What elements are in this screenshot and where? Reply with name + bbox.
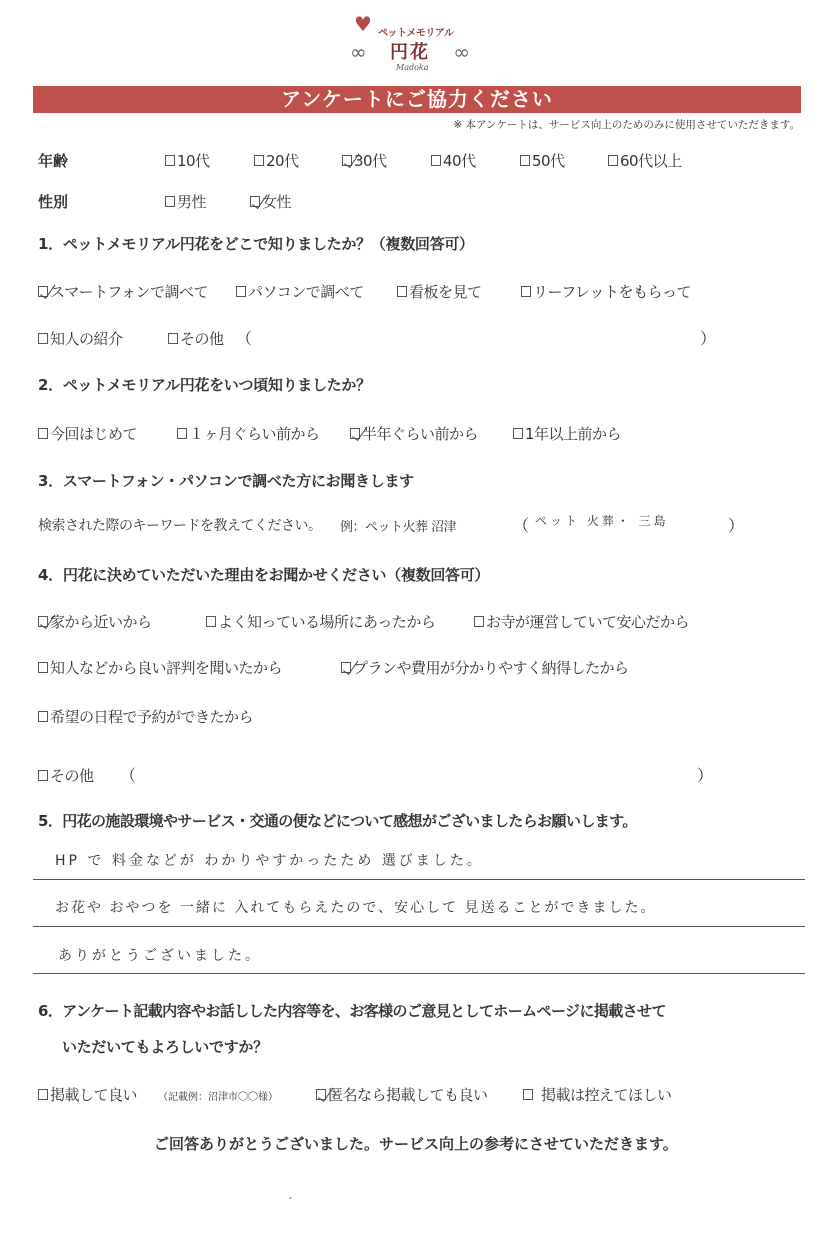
answer-rule-2 [33, 926, 805, 927]
age-option-60s-plus[interactable]: 60代以上 [608, 150, 682, 171]
checkbox[interactable] [397, 286, 407, 297]
q5-title: 5．円花の施設環境やサービス・交通の便などについて感想がございましたらお願いしま… [38, 810, 637, 831]
page-title-banner: アンケートにご協力ください [33, 86, 801, 113]
checkbox-checked[interactable] [38, 616, 48, 627]
q4-option-clear-pricing[interactable]: プランや費用が分かりやすく納得したから [341, 657, 629, 678]
answer-rule-3 [33, 973, 805, 974]
checkbox[interactable] [254, 155, 264, 166]
checkbox[interactable] [38, 662, 48, 673]
swirl-left-icon: ∞ [350, 42, 367, 62]
checkbox[interactable] [431, 155, 441, 166]
logo-roman: Madoka [396, 63, 429, 72]
usage-note: ※ 本アンケートは、サービス向上のためのみに使用させていただきます。 [453, 117, 800, 132]
q2-option-half-year[interactable]: 半年ぐらい前から [350, 423, 478, 444]
gender-option-male[interactable]: 男性 [165, 191, 206, 212]
q4-option-schedule[interactable]: 希望の日程で予約ができたから [38, 706, 253, 727]
q4-option-near-home[interactable]: 家から近いから [38, 611, 152, 632]
q2-option-1-year-plus[interactable]: 1年以上前から [513, 423, 621, 444]
gender-option-female[interactable]: 女性 [250, 191, 291, 212]
q5-answer-line-1[interactable]: HP で 料金などが わかりやすかったため 選びました。 [55, 850, 484, 870]
q1-option-leaflet[interactable]: リーフレットをもらって [521, 281, 691, 302]
q3-open-paren: （ [513, 513, 529, 536]
checkbox[interactable] [523, 1089, 533, 1100]
age-option-50s[interactable]: 50代 [520, 150, 565, 171]
checkbox[interactable] [236, 286, 246, 297]
q4-other-input[interactable] [140, 763, 695, 783]
q4-option-known-place[interactable]: よく知っている場所にあったから [206, 611, 435, 632]
logo-brand: ペットメモリアル [378, 24, 454, 39]
checkbox[interactable] [165, 196, 175, 207]
scan-speck [289, 1197, 292, 1199]
q1-other-close-paren: ） [700, 326, 716, 349]
q1-option-referral[interactable]: 知人の紹介 [38, 328, 123, 349]
checkbox[interactable] [520, 155, 530, 166]
gender-label: 性別 [38, 191, 68, 212]
heart-icon: ♥ [354, 14, 372, 34]
q3-keyword-answer[interactable]: ペット 火葬・ 三島 [535, 512, 669, 529]
checkbox[interactable] [474, 616, 484, 627]
answer-rule-1 [33, 879, 805, 880]
q6-title-line-1: 6．アンケート記載内容やお話しした内容等を、お客様のご意見としてホームページに掲… [38, 1000, 666, 1021]
age-option-40s[interactable]: 40代 [431, 150, 476, 171]
checkbox[interactable] [38, 1089, 48, 1100]
checkbox[interactable] [38, 428, 48, 439]
q6-option-allow[interactable]: 掲載して良い [38, 1084, 137, 1105]
swirl-right-icon: ∞ [453, 42, 470, 62]
q3-prompt: 検索された際のキーワードを教えてください。 [38, 515, 322, 535]
checkbox[interactable] [38, 711, 48, 722]
age-label: 年齢 [38, 150, 68, 171]
q6-option-anonymous[interactable]: 匿名なら掲載しても良い [316, 1084, 488, 1105]
logo-name: 円花 [390, 38, 430, 64]
q4-other-close-paren: ） [697, 763, 713, 786]
q2-title: 2．ペットメモリアル円花をいつ頃知りましたか？ [38, 374, 371, 395]
checkbox-checked[interactable] [250, 196, 260, 207]
q4-option-temple[interactable]: お寺が運営していて安心だから [474, 611, 689, 632]
q4-other-open-paren: （ [120, 763, 136, 786]
checkbox-checked[interactable] [341, 662, 351, 673]
q3-close-paren: ） [728, 513, 744, 536]
q1-option-signboard[interactable]: 看板を見て [397, 281, 482, 302]
checkbox-checked[interactable] [342, 155, 352, 166]
closing-message: ご回答ありがとうございました。サービス向上の参考にさせていただきます。 [154, 1133, 678, 1154]
q1-option-pc[interactable]: パソコンで調べて [236, 281, 364, 302]
q1-other-open-paren: （ [236, 326, 252, 349]
checkbox[interactable] [608, 155, 618, 166]
checkbox-checked[interactable] [350, 428, 360, 439]
checkbox-checked[interactable] [316, 1089, 326, 1100]
age-option-10s[interactable]: 10代 [165, 150, 210, 171]
q3-example: 例：ペット火葬 沼津 [340, 516, 456, 535]
checkbox[interactable] [38, 770, 48, 781]
age-option-30s[interactable]: 30代 [342, 150, 387, 171]
checkbox[interactable] [177, 428, 187, 439]
q1-option-smartphone[interactable]: スマートフォンで調べて [38, 281, 208, 302]
checkbox-checked[interactable] [38, 286, 48, 297]
q2-option-first-time[interactable]: 今回はじめて [38, 423, 137, 444]
q4-option-reputation[interactable]: 知人などから良い評判を聞いたから [38, 657, 282, 678]
checkbox[interactable] [38, 333, 48, 344]
q5-answer-line-3[interactable]: ありがとうございました。 [58, 945, 262, 965]
age-option-20s[interactable]: 20代 [254, 150, 299, 171]
q1-option-other[interactable]: その他 [168, 328, 224, 349]
q4-option-other[interactable]: その他 [38, 765, 94, 786]
q3-title: 3．スマートフォン・パソコンで調べた方にお聞きします [38, 470, 414, 491]
checkbox[interactable] [165, 155, 175, 166]
checkbox[interactable] [206, 616, 216, 627]
checkbox[interactable] [168, 333, 178, 344]
q2-option-1-month[interactable]: １ヶ月ぐらい前から [177, 423, 320, 444]
checkbox[interactable] [513, 428, 523, 439]
q5-answer-line-2[interactable]: お花や おやつを 一緒に 入れてもらえたので、安心して 見送ることができました。 [55, 897, 657, 917]
logo: ♥ ∞ ∞ ペットメモリアル 円花 Madoka [350, 14, 470, 76]
q1-other-input[interactable] [256, 326, 696, 346]
q4-title: 4．円花に決めていただいた理由をお聞かせください（複数回答可） [38, 564, 489, 585]
q6-option-decline[interactable]: 掲載は控えてほしい [523, 1084, 672, 1105]
q6-title-line-2: いただいてもよろしいですか？ [62, 1036, 268, 1057]
q1-title: 1．ペットメモリアル円花をどこで知りましたか？（複数回答可） [38, 233, 474, 254]
checkbox[interactable] [521, 286, 531, 297]
q6-allow-example-note: （記載例：沼津市〇〇様） [158, 1088, 278, 1103]
